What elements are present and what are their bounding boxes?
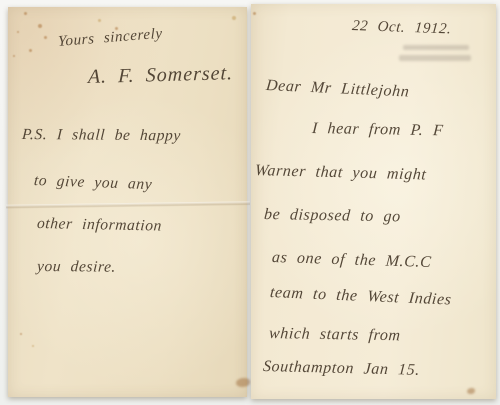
- foxing-spot: [232, 16, 236, 20]
- foxing-spot: [24, 12, 27, 15]
- foxing-spot: [253, 12, 256, 15]
- postscript-line-3: other information: [36, 216, 162, 234]
- salutation-line: Dear Mr Littlejohn: [265, 78, 410, 100]
- foxing-spot: [13, 55, 15, 57]
- body-line-3: be disposed to go: [263, 207, 401, 225]
- postscript-line-2: to give you any: [33, 173, 153, 193]
- fold-crease: [6, 201, 250, 208]
- postscript-line-1: P.S. I shall be happy: [22, 127, 182, 144]
- foxing-spot: [98, 19, 101, 22]
- body-line-4: as one of the M.C.C: [271, 250, 432, 271]
- body-line-1: I hear from P. F: [311, 121, 443, 139]
- foxing-spot: [115, 27, 118, 30]
- date-line: 22 Oct. 1912.: [351, 19, 452, 37]
- body-line-2: Warner that you might: [254, 163, 427, 183]
- foxing-spot: [32, 345, 34, 347]
- ink-show-through: [399, 55, 471, 61]
- foxing-spot: [29, 49, 32, 52]
- signature-line: A. F. Somerset.: [88, 63, 234, 87]
- letter-page-right: 22 Oct. 1912. Dear Mr Littlejohn I hear …: [251, 4, 496, 399]
- letter-page-left: Yours sincerely A. F. Somerset. P.S. I s…: [8, 7, 247, 397]
- ink-show-through: [403, 45, 469, 50]
- body-line-6: which starts from: [268, 326, 401, 344]
- foxing-stain: [467, 388, 475, 394]
- foxing-spot: [17, 31, 19, 33]
- body-line-7: Southampton Jan 15.: [262, 359, 420, 379]
- body-line-5: team to the West Indies: [269, 285, 452, 309]
- foxing-spot: [38, 24, 42, 28]
- foxing-stain: [236, 378, 250, 387]
- foxing-spot: [20, 333, 22, 335]
- closing-line: Yours sincerely: [58, 27, 163, 50]
- foxing-spot: [44, 36, 47, 39]
- postscript-line-4: you desire.: [37, 259, 117, 275]
- letter-photograph: Yours sincerely A. F. Somerset. P.S. I s…: [0, 0, 500, 405]
